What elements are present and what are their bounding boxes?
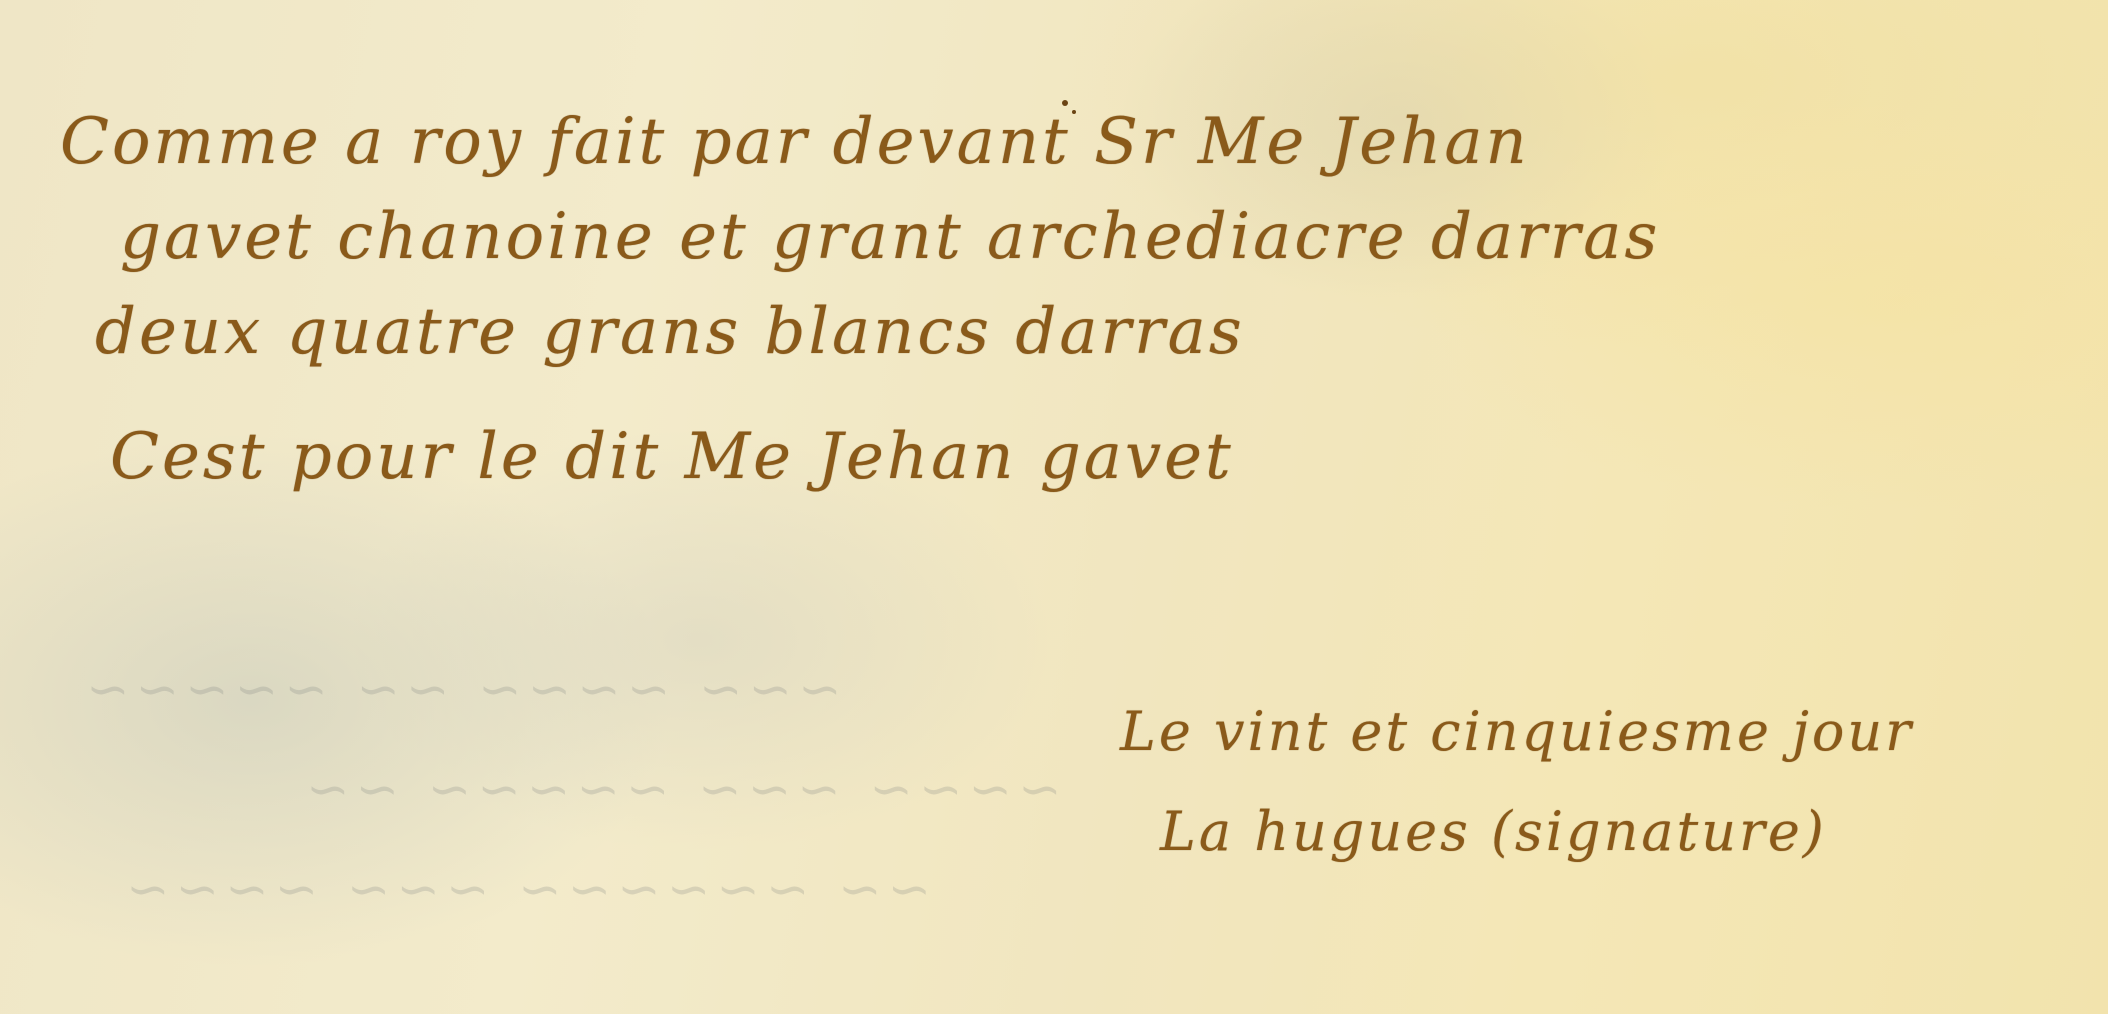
handwritten-line-4: Cest pour le dit Me Jehan gavet xyxy=(110,420,1234,494)
handwritten-line-1: Comme a roy fait par devant Sr Me Jehan xyxy=(60,105,1530,179)
bleed-through-text: ~~~~ ~~~ ~~~~~ ~~ xyxy=(300,760,1062,820)
handwritten-line-2: gavet chanoine et grant archediacre darr… xyxy=(120,200,1660,274)
bleed-through-text: ~~~ ~~~~ ~~ ~~~~~ xyxy=(80,660,842,720)
parchment-document: ~~~ ~~~~ ~~ ~~~~~ ~~~~ ~~~ ~~~~~ ~~ ~~ ~… xyxy=(0,0,2108,1014)
signature-line-2: La hugues (signature) xyxy=(1160,800,1827,863)
signature-line-1: Le vint et cinquiesme jour xyxy=(1120,700,1914,763)
handwritten-line-3: deux quatre grans blancs darras xyxy=(95,295,1245,369)
ink-blot xyxy=(1062,100,1068,106)
ink-blot xyxy=(1072,110,1076,114)
bleed-through-text: ~~ ~~~~~~ ~~~ ~~~~ xyxy=(120,860,931,920)
